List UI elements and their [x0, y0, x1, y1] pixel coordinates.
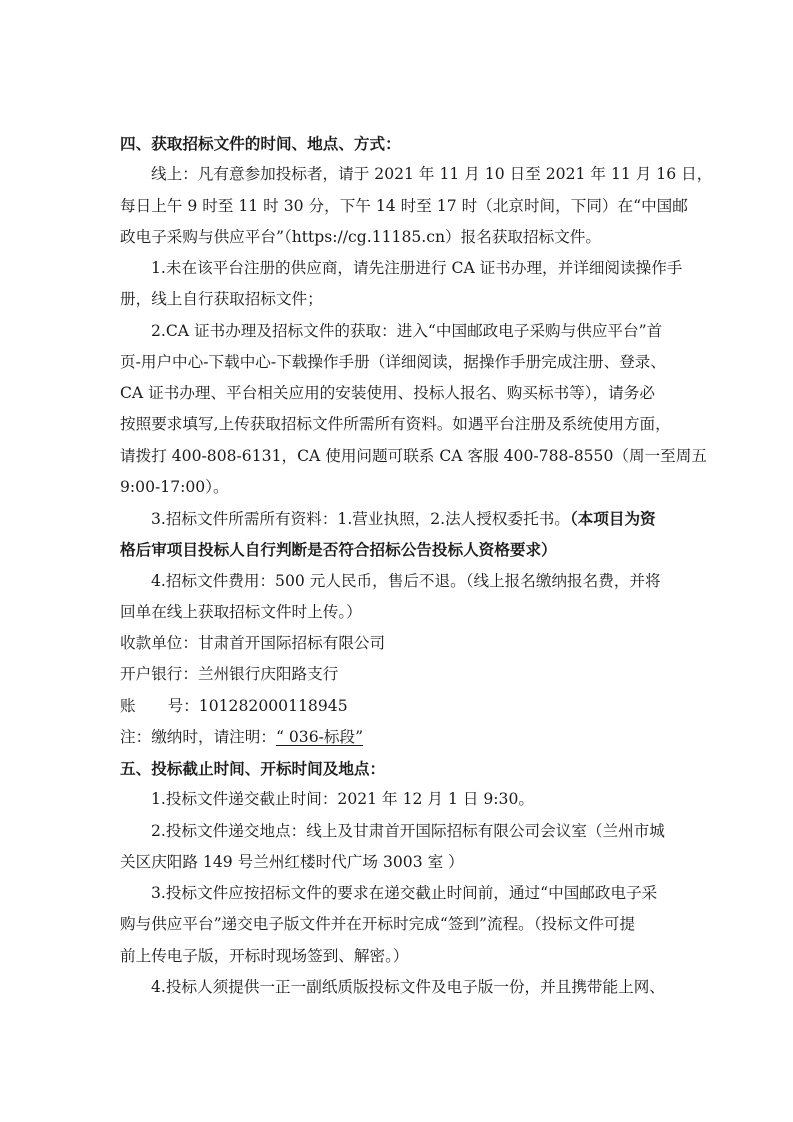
online-paragraph-line: 线上：凡有意参加投标者，请于 2021 年 11 月 10 日至 2021 年 … [120, 159, 690, 190]
item-3-bold-text: （本项目为资 [570, 509, 656, 528]
payment-note-value: “ 036-标段” [276, 728, 363, 746]
payment-note-label: 注：缴纳时，请注明： [120, 728, 276, 746]
online-paragraph-line: 政电子采购与供应平台”（https://cg.11185.cn）报名获取招标文件… [120, 222, 690, 253]
item-2-line: 9:00-17:00）。 [120, 472, 690, 503]
document-page: 四、获取招标文件的时间、地点、方式： 线上：凡有意参加投标者，请于 2021 年… [120, 128, 690, 1003]
account-value: 号：101282000118945 [168, 697, 348, 715]
item-3-bold-line: 格后审项目投标人自行判断是否符合招标公告投标人资格要求） [120, 534, 690, 565]
item-1-line: 1.未在该平台注册的供应商，请先注册进行 CA 证书办理，并详细阅读操作手 [120, 253, 690, 284]
section-4-heading: 四、获取招标文件的时间、地点、方式： [120, 128, 690, 159]
s5-item-2-line: 关区庆阳路 149 号兰州红楼时代广场 3003 室 ） [120, 847, 690, 878]
item-2-line: 2.CA 证书办理及招标文件的获取：进入“中国邮政电子采购与供应平台”首 [120, 316, 690, 347]
item-2-line: 页-用户中心-下载中心-下载操作手册（详细阅读，据操作手册完成注册、登录、 [120, 347, 690, 378]
payment-note: 注：缴纳时，请注明：“ 036-标段” [120, 722, 690, 753]
item-4-line: 4.招标文件费用：500 元人民币，售后不退。（线上报名缴纳报名费，并将 [120, 566, 690, 597]
item-2-line: 按照要求填写,上传获取招标文件所需所有资料。如遇平台注册及系统使用方面， [120, 409, 690, 440]
s5-item-3-line: 3.投标文件应按招标文件的要求在递交截止时间前，通过“中国邮政电子采 [120, 878, 690, 909]
online-paragraph-line: 每日上午 9 时至 11 时 30 分，下午 14 时至 17 时（北京时间，下… [120, 191, 690, 222]
s5-item-3-line: 购与供应平台”递交电子版文件并在开标时完成“签到”流程。（投标文件可提 [120, 909, 690, 940]
item-2-line: CA 证书办理、平台相关应用的安装使用、投标人报名、购买标书等），请务必 [120, 378, 690, 409]
bank: 开户银行：兰州银行庆阳路支行 [120, 659, 690, 690]
s5-item-2-line: 2.投标文件递交地点：线上及甘肃首开国际招标有限公司会议室（兰州市城 [120, 816, 690, 847]
s5-item-4-line: 4.投标人须提供一正一副纸质版投标文件及电子版一份，并且携带能上网、 [120, 972, 690, 1003]
account-label: 账 [120, 697, 136, 715]
item-4-line: 回单在线上获取招标文件时上传。） [120, 597, 690, 628]
account-number: 账号：101282000118945 [120, 691, 690, 722]
s5-item-3-line: 前上传电子版，开标时现场签到、解密。） [120, 941, 690, 972]
item-3-line: 3.招标文件所需所有资料：1.营业执照，2.法人授权委托书。（本项目为资 [120, 503, 690, 534]
item-1-line: 册，线上自行获取招标文件； [120, 284, 690, 315]
item-2-line: 请拨打 400-808-6131，CA 使用问题可联系 CA 客服 400-78… [120, 441, 690, 472]
payee: 收款单位：甘肃首开国际招标有限公司 [120, 628, 690, 659]
item-3-text: 3.招标文件所需所有资料：1.营业执照，2.法人授权委托书。 [151, 510, 570, 528]
s5-item-1: 1.投标文件递交截止时间：2021 年 12 月 1 日 9:30。 [120, 784, 690, 815]
section-5-heading: 五、投标截止时间、开标时间及地点： [120, 753, 690, 784]
